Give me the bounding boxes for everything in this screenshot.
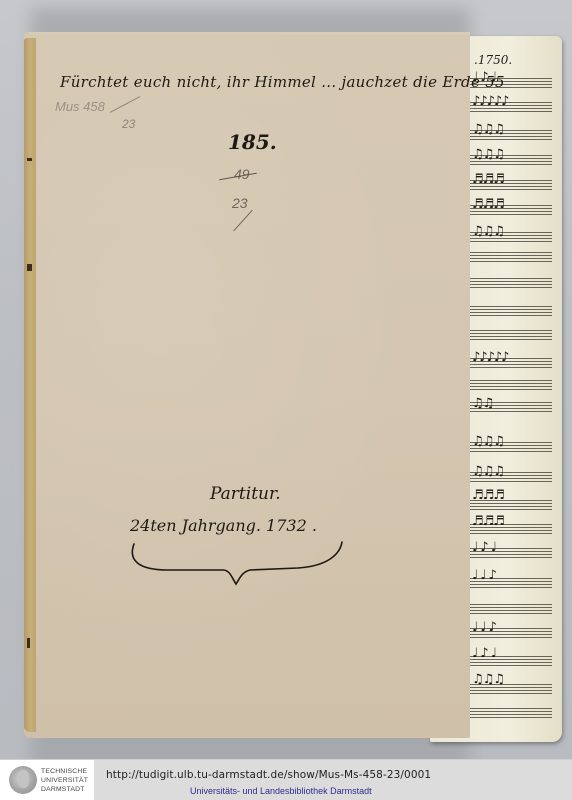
note-group: ♬♬♬: [472, 488, 504, 503]
note-group: ♩ ♩ ♪: [472, 620, 496, 635]
note-group: ♩ ♪ ♩: [472, 540, 496, 555]
logo-text: TECHNISCHE UNIVERSITÄT DARMSTADT: [41, 767, 88, 794]
staff: [470, 708, 552, 718]
note-group: ♪♪♪♪♪: [472, 350, 508, 365]
note-group: ♫♫♫: [472, 672, 504, 687]
logo-line: DARMSTADT: [41, 785, 88, 794]
staff: [470, 278, 552, 288]
spine-tear: [27, 638, 30, 648]
permalink-url[interactable]: http://tudigit.ulb.tu-darmstadt.de/show/…: [106, 769, 431, 781]
note-group: ♬♬♬: [472, 197, 504, 212]
note-group: ♪♪♪♪♪: [472, 94, 508, 109]
revised-number: 23: [232, 195, 248, 211]
jahrgang-label: 24ten Jahrgang. 1732 .: [130, 516, 317, 535]
note-group: ♫♫♫: [472, 122, 504, 137]
note-group: ♬♬♬: [472, 514, 504, 529]
cover-spine: [24, 38, 36, 732]
tu-darmstadt-logo[interactable]: TECHNISCHE UNIVERSITÄT DARMSTADT: [0, 760, 94, 800]
note-group: ♫♫♫: [472, 224, 504, 239]
staff: [470, 306, 552, 316]
note-group: ♫♫♫: [472, 464, 504, 479]
partitur-label: Partitur.: [210, 484, 281, 504]
staff: [470, 604, 552, 614]
cover-top-edge: [30, 32, 470, 35]
shelfmark: Mus 458: [55, 99, 105, 114]
shelfmark-number: 23: [122, 117, 135, 131]
note-group: ♬♬♬: [472, 172, 504, 187]
spine-tear: [27, 158, 32, 161]
footer: TECHNISCHE UNIVERSITÄT DARMSTADT http://…: [0, 759, 572, 800]
note-group: ♩ ♪ ♩: [472, 646, 496, 661]
note-group: ♫♫: [472, 396, 493, 411]
note-group: ♫♫♫: [472, 147, 504, 162]
spine-tear: [27, 264, 32, 271]
flourish-ornament: [128, 540, 348, 590]
logo-line: TECHNISCHE: [41, 767, 88, 776]
staff: [470, 252, 552, 262]
cover-title-handwriting: Fürchtet euch nicht, ihr Himmel ... jauc…: [60, 73, 505, 91]
library-name: Universitäts- und Landesbibliothek Darms…: [190, 786, 372, 796]
logo-line: UNIVERSITÄT: [41, 776, 88, 785]
staff: [470, 330, 552, 340]
catalog-number: 185.: [228, 130, 277, 154]
inner-page-year: .1750.: [474, 53, 512, 67]
note-group: ♫♫♫: [472, 434, 504, 449]
scan-viewer: .1750. ♩ ♪ ♩ ♪♪♪♪♪ ♫♫♫ ♫♫♫ ♬♬♬ ♬♬♬: [0, 0, 572, 759]
athena-profile-icon: [17, 770, 29, 788]
note-group: ♩ ♩ ♪: [472, 568, 496, 583]
staff: [470, 380, 552, 390]
